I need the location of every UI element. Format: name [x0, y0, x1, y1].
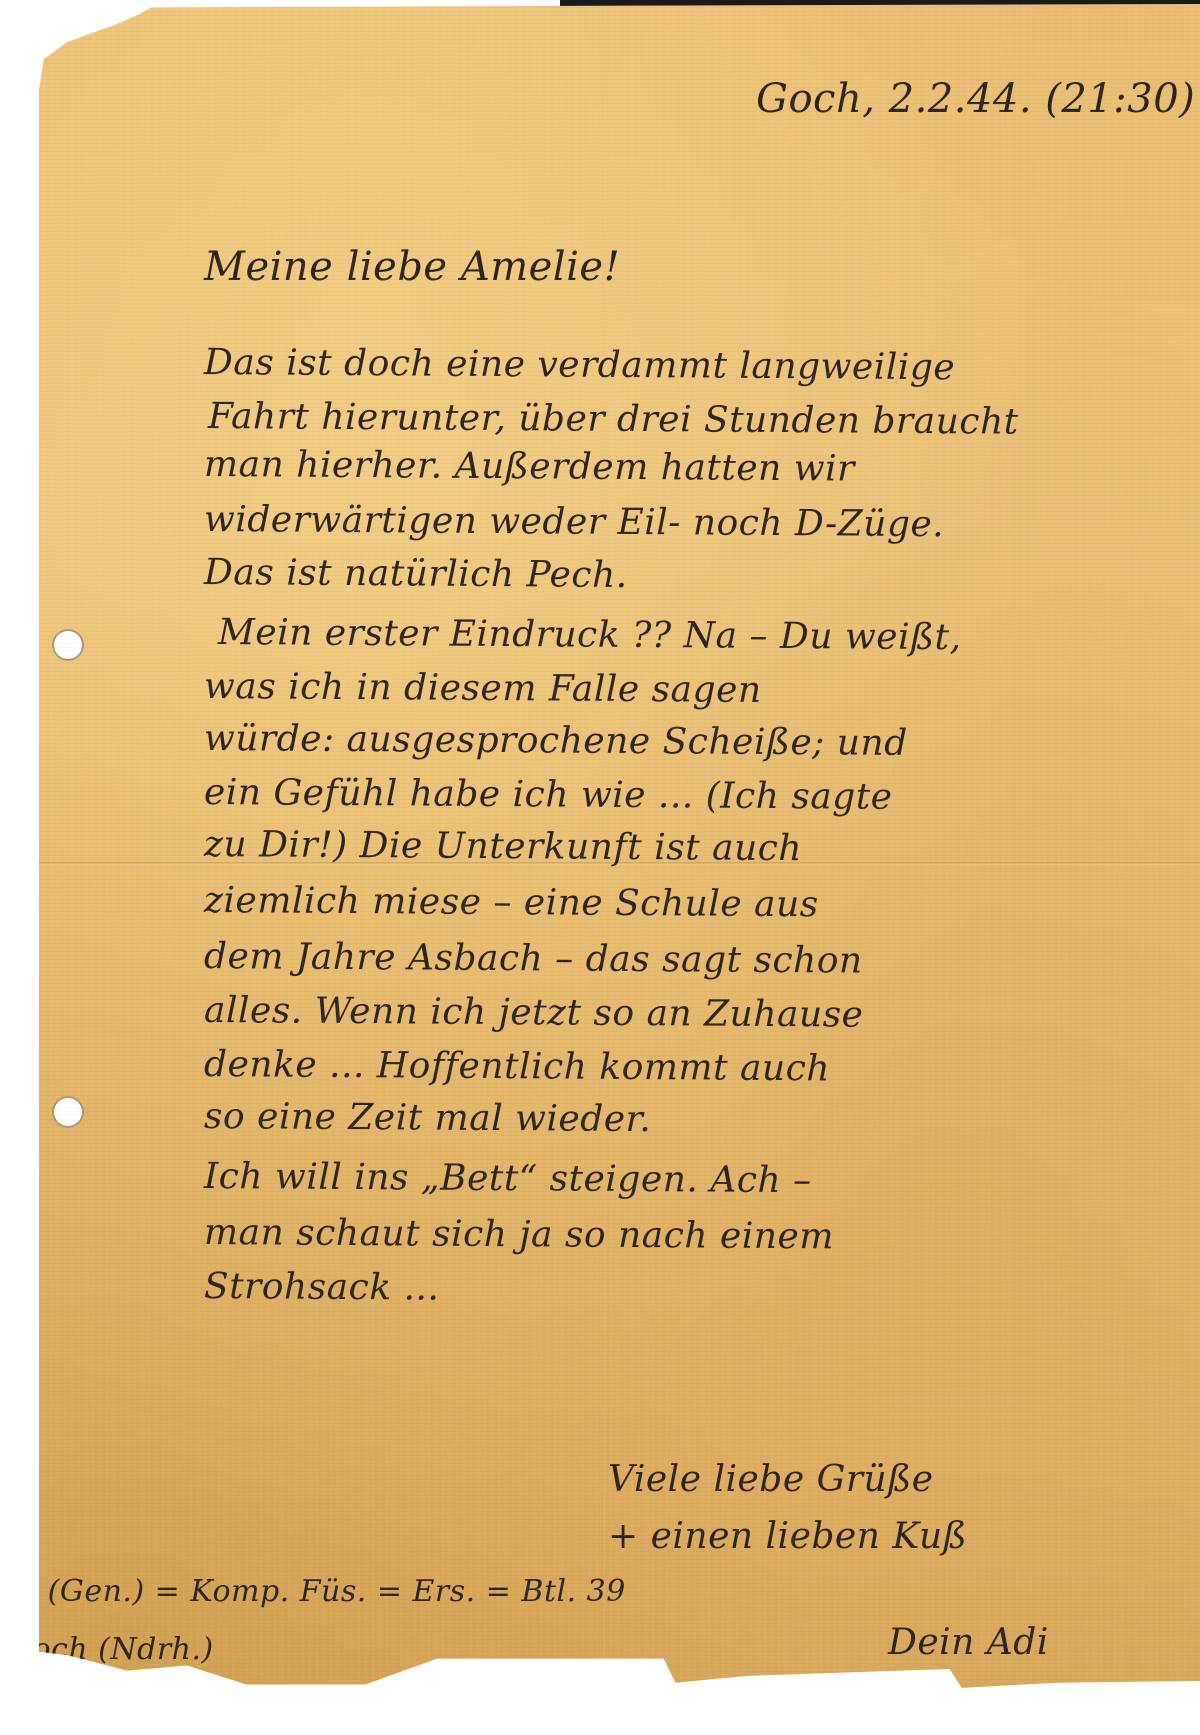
body-line: widerwärtigen weder Eil- noch D-Züge.: [204, 499, 944, 545]
letter-scan: Goch, 2.2.44. (21:30) Meine liebe Amelie…: [0, 0, 1200, 1735]
signature: Dein Adi: [888, 1622, 1049, 1663]
date-line: Goch, 2.2.44. (21:30): [756, 76, 1195, 122]
body-line: man hierher. Außerdem hatten wir: [204, 444, 855, 490]
body-line: zu Dir!) Die Unterkunft ist auch: [204, 824, 802, 869]
body-line: ziemlich miese – eine Schule aus: [204, 880, 819, 925]
sender-address-line: 1. (Gen.) = Komp. Füs. = Ers. = Btl. 39: [8, 1574, 626, 1609]
closing-line: Viele liebe Grüße: [608, 1459, 934, 1500]
body-line: dem Jahre Asbach – das sagt schon: [204, 936, 863, 982]
punch-hole-upper: [52, 629, 84, 661]
sender-address-line: Goch (Ndrh.): [8, 1632, 214, 1667]
body-line: Strohsack ...: [204, 1266, 440, 1309]
horizontal-fold-line: [8, 862, 1200, 865]
salutation: Meine liebe Amelie!: [204, 244, 620, 290]
body-line: Fahrt hierunter, über drei Stunden brauc…: [208, 396, 1019, 443]
body-line: würde: ausgesprochene Scheiße; und: [204, 718, 908, 764]
body-line: man schaut sich ja so nach einem: [204, 1212, 834, 1257]
closing-line: + einen lieben Kuß: [608, 1516, 967, 1557]
vertical-fold-line: [603, 4, 605, 1724]
body-line: ein Gefühl habe ich wie ... (Ich sagte: [204, 772, 893, 818]
place-date: Goch, 2.2.44.: [756, 76, 1032, 122]
time: (21:30): [1045, 76, 1195, 122]
body-line: Das ist natürlich Pech.: [204, 552, 628, 596]
body-line: was ich in diesem Falle sagen: [204, 666, 762, 711]
body-line: Ich will ins „Bett“ steigen. Ach –: [204, 1156, 812, 1201]
body-line: Das ist doch eine verdammt langweilige: [204, 342, 955, 388]
punch-hole-lower: [52, 1096, 84, 1128]
body-line: denke ... Hoffentlich kommt auch: [204, 1044, 830, 1089]
body-line: so eine Zeit mal wieder.: [204, 1096, 652, 1140]
letter-paper: Goch, 2.2.44. (21:30) Meine liebe Amelie…: [8, 4, 1200, 1724]
body-line: Mein erster Eindruck ?? Na – Du weißt,: [218, 612, 962, 658]
body-line: alles. Wenn ich jetzt so an Zuhause: [204, 990, 864, 1036]
